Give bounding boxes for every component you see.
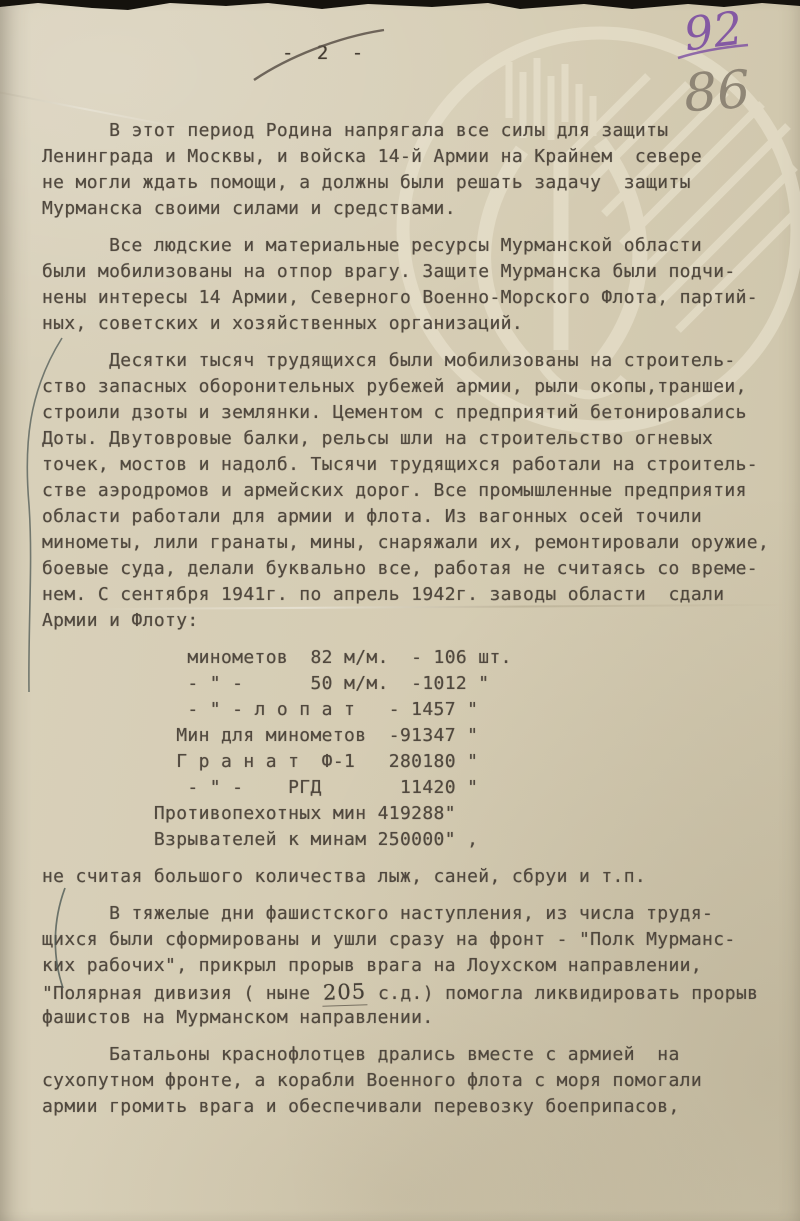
typed-line-segment: "Полярная дивизия ( ныне bbox=[42, 983, 322, 1004]
typed-line: фашистов на Мурманском направлении. bbox=[42, 1005, 769, 1031]
scanned-document-page: - 2 - 92 86 В этот период Родина напряга… bbox=[0, 0, 800, 1221]
handwritten-folio-number-pencil: 86 bbox=[682, 64, 752, 120]
typed-line: нены интересы 14 Армии, Северного Военно… bbox=[42, 285, 769, 311]
typed-text: В этот период Родина напрягала все силы … bbox=[42, 118, 769, 1131]
typed-line: армии громить врага и обеспечивали перев… bbox=[42, 1094, 769, 1120]
typed-line: ство запасных оборонительных рубежей арм… bbox=[42, 374, 769, 400]
typed-line: - " - л о п а т - 1457 " bbox=[42, 697, 769, 723]
typed-line: В тяжелые дни фашистского наступления, и… bbox=[42, 901, 769, 927]
typed-line: Взрывателей к минам 250000" , bbox=[42, 827, 769, 853]
typed-line: В этот период Родина напрягала все силы … bbox=[42, 118, 769, 144]
typed-line: - " - РГД 11420 " bbox=[42, 775, 769, 801]
typed-line: Армии и Флоту: bbox=[42, 608, 769, 634]
typed-line: "Полярная дивизия ( ныне 205 с.д.) помог… bbox=[42, 979, 769, 1005]
typed-line: минометов 82 м/м. - 106 шт. bbox=[42, 645, 769, 671]
typed-line: сухопутном фронте, а корабли Военного фл… bbox=[42, 1068, 769, 1094]
typed-page-number: - 2 - bbox=[282, 42, 369, 64]
typed-line: были мобилизованы на отпор врагу. Защите… bbox=[42, 259, 769, 285]
typed-line: ных, советских и хозяйственных организац… bbox=[42, 311, 769, 337]
typed-line: минометы, лили гранаты, мины, снаряжали … bbox=[42, 530, 769, 556]
paragraph-construction-and-industry: Десятки тысяч трудящихся были мобилизова… bbox=[42, 348, 769, 634]
typed-line: области работали для армии и флота. Из в… bbox=[42, 504, 769, 530]
typed-line: щихся были сформированы и ушли сразу на … bbox=[42, 927, 769, 953]
paragraph-mobilization: Все людские и материальные ресурсы Мурма… bbox=[42, 233, 769, 337]
typed-line: Мурманска своими силами и средствами. bbox=[42, 196, 769, 222]
typed-line: Мин для минометов -91347 " bbox=[42, 723, 769, 749]
paragraph-defense-period: В этот период Родина напрягала все силы … bbox=[42, 118, 769, 222]
typed-line: боевые суда, делали буквально все, работ… bbox=[42, 556, 769, 582]
typed-line: Все людские и материальные ресурсы Мурма… bbox=[42, 233, 769, 259]
paragraph-workers-regiments: В тяжелые дни фашистского наступления, и… bbox=[42, 901, 769, 1031]
equipment-deliveries-list: минометов 82 м/м. - 106 шт. - " - 50 м/м… bbox=[42, 645, 769, 853]
typed-line: Противопехотных мин 419288" bbox=[42, 801, 769, 827]
typed-line: не могли ждать помощи, а должны были реш… bbox=[42, 170, 769, 196]
paragraph-navy-battalions: Батальоны краснофлотцев дрались вместе с… bbox=[42, 1042, 769, 1120]
typed-line: не считая большого количества лыж, саней… bbox=[42, 864, 769, 890]
typed-line: Батальоны краснофлотцев дрались вместе с… bbox=[42, 1042, 769, 1068]
typed-line: точек, мостов и надолб. Тысячи трудящихс… bbox=[42, 452, 769, 478]
typed-line: стве аэродромов и армейских дорог. Все п… bbox=[42, 478, 769, 504]
handwritten-folio-number-purple: 92 bbox=[681, 5, 745, 58]
typed-line: ких рабочих", прикрыл прорыв врага на Ло… bbox=[42, 953, 769, 979]
typed-line-segment: с.д.) помогла ликвидировать прорыв bbox=[367, 983, 759, 1004]
typed-line: Г р а н а т Ф-1 280180 " bbox=[42, 749, 769, 775]
typed-line: Ленинграда и Москвы, и войска 14-й Армии… bbox=[42, 144, 769, 170]
typed-line: Десятки тысяч трудящихся были мобилизова… bbox=[42, 348, 769, 374]
typed-line: строили дзоты и землянки. Цементом с пре… bbox=[42, 400, 769, 426]
typed-line: нем. С сентября 1941г. по апрель 1942г. … bbox=[42, 582, 769, 608]
paragraph-not-counting: не считая большого количества лыж, саней… bbox=[42, 864, 769, 890]
typed-line: Доты. Двутовровые балки, рельсы шли на с… bbox=[42, 426, 769, 452]
handwritten-division-number: 205 bbox=[321, 978, 367, 1007]
typed-line: - " - 50 м/м. -1012 " bbox=[42, 671, 769, 697]
